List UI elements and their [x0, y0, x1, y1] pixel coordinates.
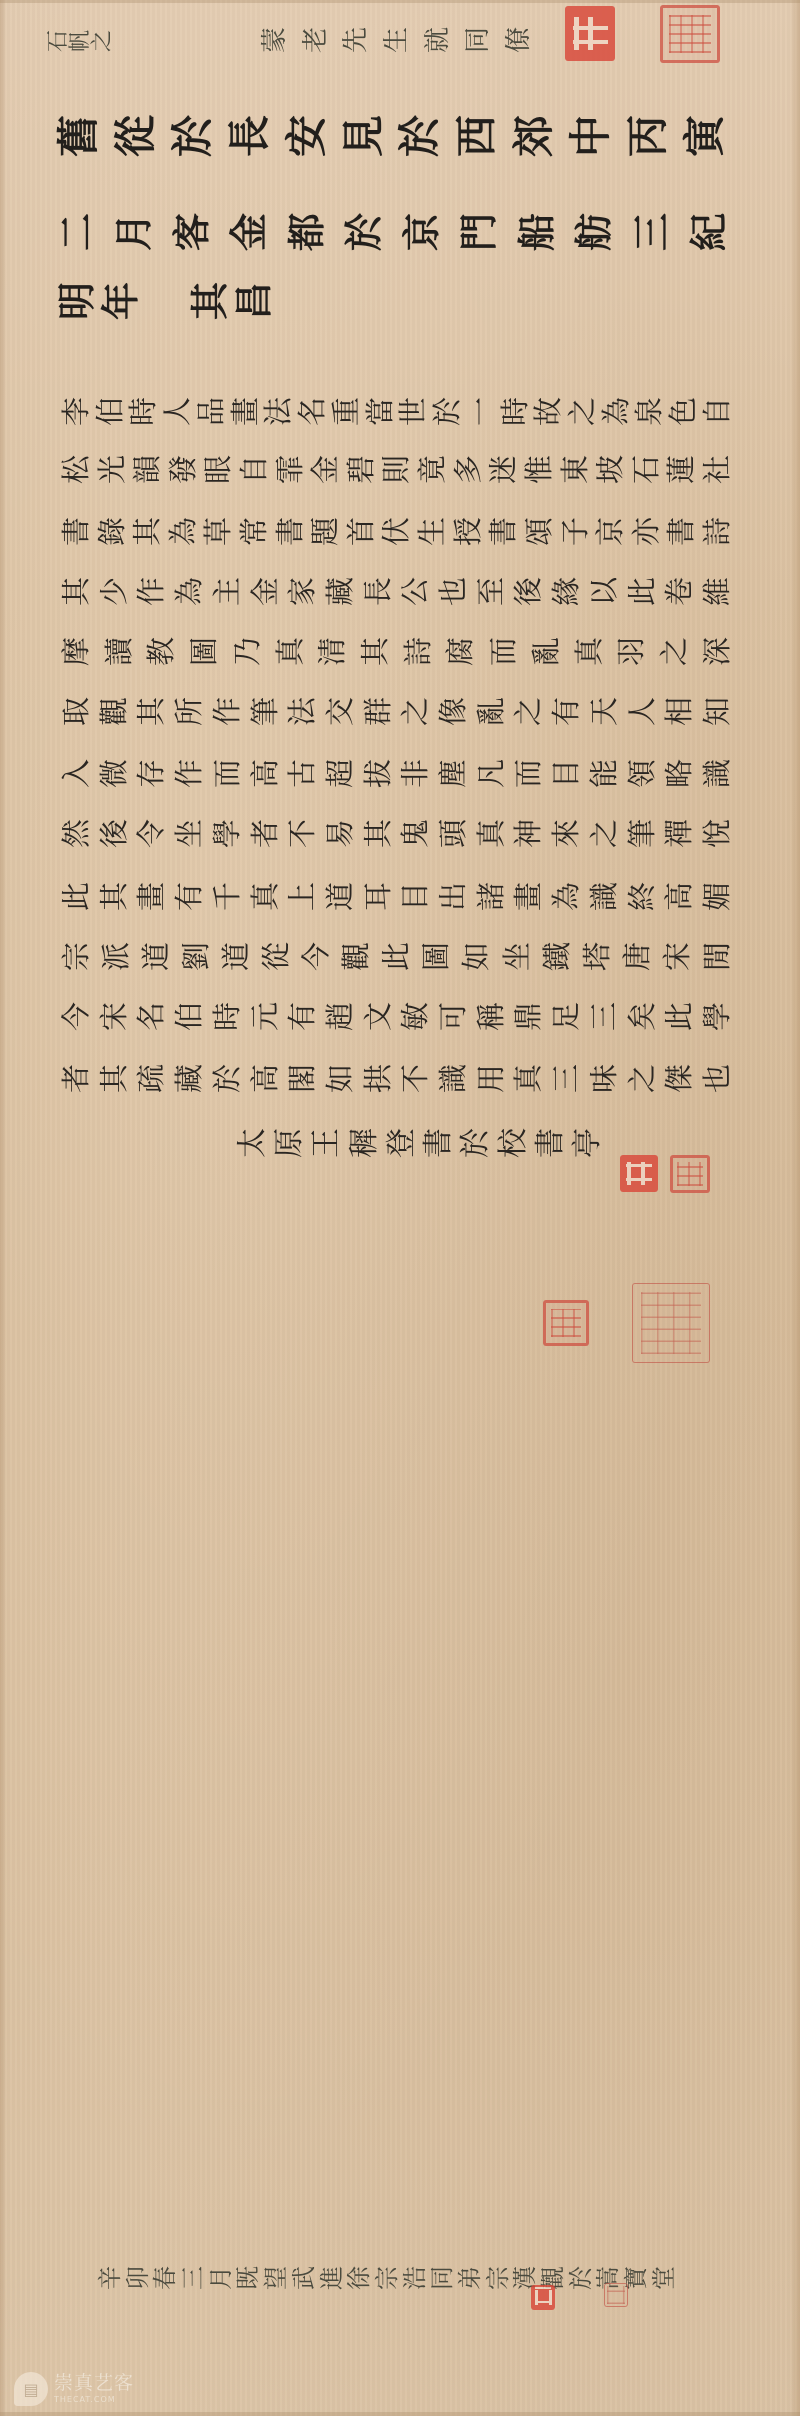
calligraphy-character: 神 [514, 818, 543, 847]
calligraphy-character: 畫 [514, 881, 543, 910]
calligraphy-character: 作 [137, 576, 166, 605]
calligraphy-character: 登 [387, 1128, 417, 1158]
calligraphy-character: 其 [137, 696, 166, 725]
calligraphy-character: 名 [298, 396, 327, 425]
calligraphy-character: 昌 [235, 282, 273, 320]
calligraphy-character: 竟 [418, 454, 447, 483]
text-column-8: 然後令坐學者不易其鬼頭真神來之筆禪悅 [62, 814, 732, 852]
calligraphy-character: 三 [590, 1001, 619, 1030]
calligraphy-character: 真 [276, 636, 305, 665]
calligraphy-character: 石 [632, 454, 661, 483]
calligraphy-character: 後 [100, 818, 129, 847]
calligraphy-character: 耳 [364, 881, 393, 910]
colophon-line: 辛卯春三月既望武進徐宗浩同弟宗漢觀於嵩寶堂 [98, 2262, 676, 2294]
title-row-3: 明年 其昌 [58, 278, 273, 324]
seal-top-2-seal-icon [660, 5, 720, 63]
calligraphy-character: 其 [62, 576, 91, 605]
calligraphy-character: 稱 [477, 1001, 506, 1030]
calligraphy-character: 就 [425, 27, 451, 53]
calligraphy-character: 弟 [458, 2266, 482, 2290]
calligraphy-character: 高 [251, 1063, 280, 1092]
calligraphy-character: 像 [439, 696, 468, 725]
calligraphy-character: 亭 [573, 1128, 603, 1158]
calligraphy-character: 略 [665, 758, 694, 787]
calligraphy-character: 書 [62, 516, 91, 545]
calligraphy-character: 中 [570, 115, 612, 157]
calligraphy-character: 乃 [233, 636, 262, 665]
calligraphy-character: 老 [303, 27, 329, 53]
calligraphy-character: 拱 [364, 1063, 393, 1092]
calligraphy-character: 群 [364, 696, 393, 725]
calligraphy-character: 校 [499, 1128, 529, 1158]
calligraphy-character: 非 [401, 758, 430, 787]
calligraphy-character: 浩 [403, 2266, 427, 2290]
calligraphy-character: 入 [62, 758, 91, 787]
calligraphy-character: 進 [320, 2266, 344, 2290]
calligraphy-character: 藏 [326, 576, 355, 605]
calligraphy-character: 存 [137, 758, 166, 787]
seal-bottom-1-seal-icon [531, 2285, 555, 2310]
calligraphy-character: 可 [439, 1001, 468, 1030]
calligraphy-character: 畫 [231, 396, 260, 425]
calligraphy-character: 辛 [98, 2266, 122, 2290]
text-column-12: 者其疏藏於高閣如拱不識用真三味之傑也 [62, 1059, 732, 1097]
calligraphy-character: 授 [454, 516, 483, 545]
calligraphy-character: 為 [602, 396, 631, 425]
calligraphy-character: 畫 [137, 881, 166, 910]
calligraphy-character: 題 [311, 516, 340, 545]
header-dedication: 蒙老先生就同僚 [262, 24, 532, 56]
title-row-2: 二月客金都於京門船舫三紀 [58, 208, 728, 256]
calligraphy-character: 今 [62, 1001, 91, 1030]
calligraphy-character: 筆 [628, 818, 657, 847]
calligraphy-character: 王 [312, 1128, 342, 1158]
calligraphy-character: 疏 [137, 1063, 166, 1092]
calligraphy-character: 社 [703, 454, 732, 483]
calligraphy-character: 塔 [583, 941, 612, 970]
calligraphy-character: 者 [251, 818, 280, 847]
calligraphy-character: 凡 [477, 758, 506, 787]
calligraphy-character: 作 [213, 696, 242, 725]
watermark: ▤ 崇真艺客 THECAT.COM [14, 2372, 134, 2406]
calligraphy-character: 藏 [175, 1063, 204, 1092]
calligraphy-character: 亂 [532, 636, 561, 665]
calligraphy-character: 主 [213, 576, 242, 605]
calligraphy-character: 法 [288, 696, 317, 725]
calligraphy-character: 然 [62, 818, 91, 847]
calligraphy-character: 船 [518, 213, 556, 251]
calligraphy-character: 眼 [204, 454, 233, 483]
calligraphy-character: 之 [660, 636, 689, 665]
calligraphy-character: 交 [326, 696, 355, 725]
calligraphy-character: 三 [633, 213, 671, 251]
calligraphy-character: 名 [137, 1001, 166, 1030]
calligraphy-character: 原 [275, 1128, 305, 1158]
calligraphy-character: 家 [288, 576, 317, 605]
title-row-1: 舊從於長安見於西郊中丙寅 [58, 110, 726, 162]
calligraphy-character: 東 [561, 454, 590, 483]
scroll-edge-top [0, 0, 800, 3]
calligraphy-character: 緣 [552, 576, 581, 605]
calligraphy-character: 千 [213, 881, 242, 910]
calligraphy-character: 能 [590, 758, 619, 787]
calligraphy-character: 金 [251, 576, 280, 605]
calligraphy-character: 其 [191, 282, 229, 320]
calligraphy-character: 出 [439, 881, 468, 910]
calligraphy-character: 於 [345, 213, 383, 251]
calligraphy-character: 於 [569, 2266, 593, 2290]
calligraphy-character: 此 [665, 1001, 694, 1030]
calligraphy-character: 為 [175, 576, 204, 605]
calligraphy-character: 坐 [175, 818, 204, 847]
calligraphy-character: 超 [326, 758, 355, 787]
calligraphy-character: 令 [137, 818, 166, 847]
calligraphy-character: 發 [169, 454, 198, 483]
calligraphy-character: 太 [238, 1128, 268, 1158]
text-column-11: 今宋名伯時元有趙文敏可稱鼎足三矣此學 [62, 997, 732, 1035]
calligraphy-character: 坐 [503, 941, 532, 970]
calligraphy-character: 長 [229, 115, 271, 157]
calligraphy-character: 為 [552, 881, 581, 910]
calligraphy-character: 真 [477, 818, 506, 847]
calligraphy-character: 諸 [477, 881, 506, 910]
calligraphy-character: 觀 [342, 941, 371, 970]
calligraphy-character: 其 [133, 516, 162, 545]
calligraphy-character: 之 [590, 818, 619, 847]
calligraphy-character: 宗 [486, 2266, 510, 2290]
calligraphy-character: 也 [439, 576, 468, 605]
calligraphy-character: 筆 [251, 696, 280, 725]
seal-sig-1-seal-icon [620, 1155, 658, 1192]
calligraphy-character: 有 [175, 881, 204, 910]
calligraphy-character: 高 [665, 881, 694, 910]
calligraphy-character: 頭 [439, 818, 468, 847]
calligraphy-character: 終 [628, 881, 657, 910]
calligraphy-character: 故 [534, 396, 563, 425]
calligraphy-character: 卯 [126, 2266, 150, 2290]
calligraphy-character: 徐 [347, 2266, 371, 2290]
calligraphy-character: 用 [477, 1063, 506, 1092]
calligraphy-character: 法 [264, 396, 293, 425]
calligraphy-character: 不 [401, 1063, 430, 1092]
calligraphy-character: 穉 [350, 1128, 380, 1158]
calligraphy-character: 道 [142, 941, 171, 970]
calligraphy-character: 而 [213, 758, 242, 787]
calligraphy-character: 李 [62, 396, 91, 425]
calligraphy-character: 舊 [58, 115, 100, 157]
calligraphy-character: 敏 [401, 1001, 430, 1030]
watermark-text-cn: 崇真艺客 [54, 2374, 134, 2393]
calligraphy-character: 武 [292, 2266, 316, 2290]
calligraphy-character: 清 [318, 636, 347, 665]
calligraphy-character: 真 [514, 1063, 543, 1092]
calligraphy-character: 書 [424, 1128, 454, 1158]
calligraphy-character: 月 [115, 213, 153, 251]
calligraphy-character: 高 [251, 758, 280, 787]
calligraphy-character: 拔 [364, 758, 393, 787]
calligraphy-character: 鐵 [543, 941, 572, 970]
calligraphy-character: 知 [703, 696, 732, 725]
calligraphy-character: 維 [703, 576, 732, 605]
text-column-5: 摩讀教圖乃真清其詩腐而亂真羽之深 [62, 632, 732, 670]
calligraphy-character: 腐 [446, 636, 475, 665]
calligraphy-character: 金 [230, 213, 268, 251]
calligraphy-character: 同 [430, 2266, 454, 2290]
calligraphy-character: 領 [628, 758, 657, 787]
calligraphy-character: 趙 [326, 1001, 355, 1030]
calligraphy-character: 禪 [665, 818, 694, 847]
calligraphy-character: 於 [213, 1063, 242, 1092]
calligraphy-character: 唐 [623, 941, 652, 970]
calligraphy-character: 其 [100, 881, 129, 910]
calligraphy-character: 既 [236, 2266, 260, 2290]
calligraphy-character: 上 [288, 881, 317, 910]
calligraphy-character: 霏 [276, 454, 305, 483]
calligraphy-character: 至 [477, 576, 506, 605]
calligraphy-character: 文 [364, 1001, 393, 1030]
calligraphy-character: 於 [433, 396, 462, 425]
calligraphy-character: 有 [288, 1001, 317, 1030]
calligraphy-character: 時 [501, 396, 530, 425]
calligraphy-character: 時 [213, 1001, 242, 1030]
calligraphy-character: 如 [462, 941, 491, 970]
calligraphy-character: 書 [489, 516, 518, 545]
calligraphy-character: 自 [240, 454, 269, 483]
calligraphy-character: 閣 [288, 1063, 317, 1092]
calligraphy-character: 月 [209, 2266, 233, 2290]
text-column-6: 取觀其所作筆法交群之像亂之有天人相知 [62, 692, 732, 730]
calligraphy-character: 丙 [627, 115, 669, 157]
calligraphy-character: 卷 [665, 576, 694, 605]
calligraphy-character: 二 [58, 213, 96, 251]
calligraphy-character: 松 [62, 454, 91, 483]
calligraphy-character: 天 [590, 696, 619, 725]
calligraphy-character: 從 [115, 115, 157, 157]
calligraphy-character: 書 [667, 516, 696, 545]
calligraphy-character: 之 [92, 30, 114, 52]
calligraphy-character: 西 [456, 115, 498, 157]
calligraphy-character: 則 [382, 454, 411, 483]
calligraphy-character: 取 [62, 696, 91, 725]
calligraphy-character: 於 [461, 1128, 491, 1158]
seal-mid-2-seal-icon [632, 1283, 710, 1363]
calligraphy-character: 此 [628, 576, 657, 605]
calligraphy-character: 不 [288, 818, 317, 847]
calligraphy-character: 味 [590, 1063, 619, 1092]
calligraphy-character: 其 [100, 1063, 129, 1092]
calligraphy-character: 生 [418, 516, 447, 545]
calligraphy-character: 於 [399, 115, 441, 157]
calligraphy-character: 之 [628, 1063, 657, 1092]
calligraphy-character: 宗 [375, 2266, 399, 2290]
calligraphy-character: 客 [173, 213, 211, 251]
calligraphy-character: 圖 [190, 636, 219, 665]
calligraphy-character: 作 [175, 758, 204, 787]
calligraphy-character: 都 [288, 213, 326, 251]
calligraphy-character: 色 [669, 396, 698, 425]
calligraphy-character: 泉 [635, 396, 664, 425]
calligraphy-character: 宗 [62, 941, 91, 970]
calligraphy-character: 伯 [96, 396, 125, 425]
calligraphy-character: 宋 [100, 1001, 129, 1030]
calligraphy-character: 之 [514, 696, 543, 725]
calligraphy-character: 石 [48, 30, 70, 52]
calligraphy-character: 年 [102, 282, 140, 320]
calligraphy-character: 圖 [422, 941, 451, 970]
calligraphy-character: 之 [568, 396, 597, 425]
text-column-9: 此其畫有千真上道耳目出諸畫為識終高媚 [62, 877, 732, 915]
calligraphy-character: 相 [665, 696, 694, 725]
calligraphy-character: 後 [514, 576, 543, 605]
calligraphy-character: 先 [343, 27, 369, 53]
calligraphy-character: 古 [288, 758, 317, 787]
calligraphy-character: 首 [347, 516, 376, 545]
calligraphy-character: 生 [384, 27, 410, 53]
calligraphy-character: 閒 [703, 941, 732, 970]
calligraphy-character: 京 [403, 213, 441, 251]
calligraphy-character: 識 [703, 758, 732, 787]
calligraphy-character: 書 [536, 1128, 566, 1158]
signature-line: 太原王穉登書於校書亭 [238, 1124, 603, 1162]
calligraphy-character: 劉 [182, 941, 211, 970]
calligraphy-character: 深 [703, 636, 732, 665]
calligraphy-character: 寅 [684, 115, 726, 157]
seal-bottom-2-seal-icon [604, 2283, 628, 2307]
calligraphy-character: 帆 [70, 30, 92, 52]
paper-texture [0, 0, 800, 2416]
calligraphy-character: 道 [326, 881, 355, 910]
calligraphy-character: 公 [401, 576, 430, 605]
calligraphy-character: 從 [262, 941, 291, 970]
text-column-7: 入微存作而高古超拔非塵凡而目能領略識 [62, 754, 732, 792]
calligraphy-character: 宋 [663, 941, 692, 970]
calligraphy-character: 者 [62, 1063, 91, 1092]
calligraphy-character: 來 [552, 818, 581, 847]
calligraphy-character: 今 [302, 941, 331, 970]
calligraphy-character: 坡 [596, 454, 625, 483]
calligraphy-character: 也 [703, 1063, 732, 1092]
seal-top-1-seal-icon [565, 6, 615, 61]
calligraphy-character: 郊 [513, 115, 555, 157]
text-column-3: 書錄其為草常書題首伏生授書頌子京亦書詩 [62, 512, 732, 550]
calligraphy-character: 長 [364, 576, 393, 605]
calligraphy-character: 教 [147, 636, 176, 665]
calligraphy-character: 迷 [489, 454, 518, 483]
calligraphy-character: 有 [552, 696, 581, 725]
calligraphy-character: 以 [590, 576, 619, 605]
calligraphy-character: 矣 [628, 1001, 657, 1030]
calligraphy-character: 舫 [575, 213, 613, 251]
calligraphy-character: 僚 [506, 27, 532, 53]
calligraphy-character: 門 [460, 213, 498, 251]
calligraphy-character: 詩 [404, 636, 433, 665]
calligraphy-character: 此 [382, 941, 411, 970]
calligraphy-character: 紀 [690, 213, 728, 251]
calligraphy-character: 真 [251, 881, 280, 910]
calligraphy-character: 望 [264, 2266, 288, 2290]
calligraphy-character: 少 [100, 576, 129, 605]
calligraphy-character: 於 [172, 115, 214, 157]
calligraphy-character: 京 [596, 516, 625, 545]
calligraphy-character: 三 [552, 1063, 581, 1092]
calligraphy-character: 伯 [175, 1001, 204, 1030]
calligraphy-character: 書 [276, 516, 305, 545]
calligraphy-character: 三 [181, 2266, 205, 2290]
calligraphy-character: 為 [169, 516, 198, 545]
calligraphy-character: 道 [222, 941, 251, 970]
calligraphy-character: 惟 [525, 454, 554, 483]
calligraphy-character: 時 [129, 396, 158, 425]
calligraphy-character: 伏 [382, 516, 411, 545]
header-note-left: 石帆之 [48, 28, 96, 54]
scroll-edge-bottom [0, 2412, 800, 2416]
calligraphy-character: 所 [175, 696, 204, 725]
calligraphy-character: 易 [326, 818, 355, 847]
calligraphy-character: 之 [401, 696, 430, 725]
calligraphy-character: 亂 [477, 696, 506, 725]
text-column-1: 李伯時人品畫法名重當世於一時故之為泉色自 [62, 392, 732, 430]
watermark-text-en: THECAT.COM [54, 2396, 134, 2404]
calligraphy-character: 金 [311, 454, 340, 483]
calligraphy-character: 韻 [133, 454, 162, 483]
calligraphy-character: 自 [703, 396, 732, 425]
calligraphy-character: 足 [552, 1001, 581, 1030]
calligraphy-character: 傑 [665, 1063, 694, 1092]
calligraphy-character: 人 [163, 396, 192, 425]
calligraphy-character: 元 [251, 1001, 280, 1030]
calligraphy-character: 蓮 [667, 454, 696, 483]
seal-sig-2-seal-icon [670, 1155, 710, 1193]
calligraphy-character: 蒙 [262, 27, 288, 53]
calligraphy-character: 識 [439, 1063, 468, 1092]
calligraphy-character: 明 [58, 282, 96, 320]
calligraphy-character: 同 [465, 27, 491, 53]
calligraphy-character: 而 [514, 758, 543, 787]
calligraphy-character: 羽 [617, 636, 646, 665]
calligraphy-character: 媚 [703, 881, 732, 910]
calligraphy-character: 派 [102, 941, 131, 970]
calligraphy-character: 悅 [703, 818, 732, 847]
calligraphy-character: 頌 [525, 516, 554, 545]
calligraphy-character: 安 [286, 115, 328, 157]
calligraphy-character: 其 [364, 818, 393, 847]
calligraphy-character: 亦 [632, 516, 661, 545]
calligraphy-character: 常 [240, 516, 269, 545]
calligraphy-character: 讀 [105, 636, 134, 665]
calligraphy-character: 錄 [98, 516, 127, 545]
text-column-4: 其少作為主金家藏長公也至後緣以此卷維 [62, 572, 732, 610]
calligraphy-character: 草 [204, 516, 233, 545]
calligraphy-character: 學 [703, 1001, 732, 1030]
calligraphy-character: 堂 [652, 2266, 676, 2290]
calligraphy-character [146, 282, 184, 320]
seal-mid-1-seal-icon [543, 1300, 589, 1346]
scroll-edge-left [0, 0, 6, 2416]
calligraphy-character: 品 [197, 396, 226, 425]
calligraphy-character: 真 [575, 636, 604, 665]
calligraphy-character: 塵 [439, 758, 468, 787]
calligraphy-character: 而 [489, 636, 518, 665]
calligraphy-character: 子 [561, 516, 590, 545]
document-chat-icon: ▤ [14, 2372, 48, 2406]
calligraphy-character: 重 [332, 396, 361, 425]
calligraphy-character: 如 [326, 1063, 355, 1092]
calligraphy-character: 其 [361, 636, 390, 665]
calligraphy-character: 觀 [100, 696, 129, 725]
calligraphy-character: 目 [552, 758, 581, 787]
calligraphy-character: 碧 [347, 454, 376, 483]
calligraphy-character: 目 [401, 881, 430, 910]
